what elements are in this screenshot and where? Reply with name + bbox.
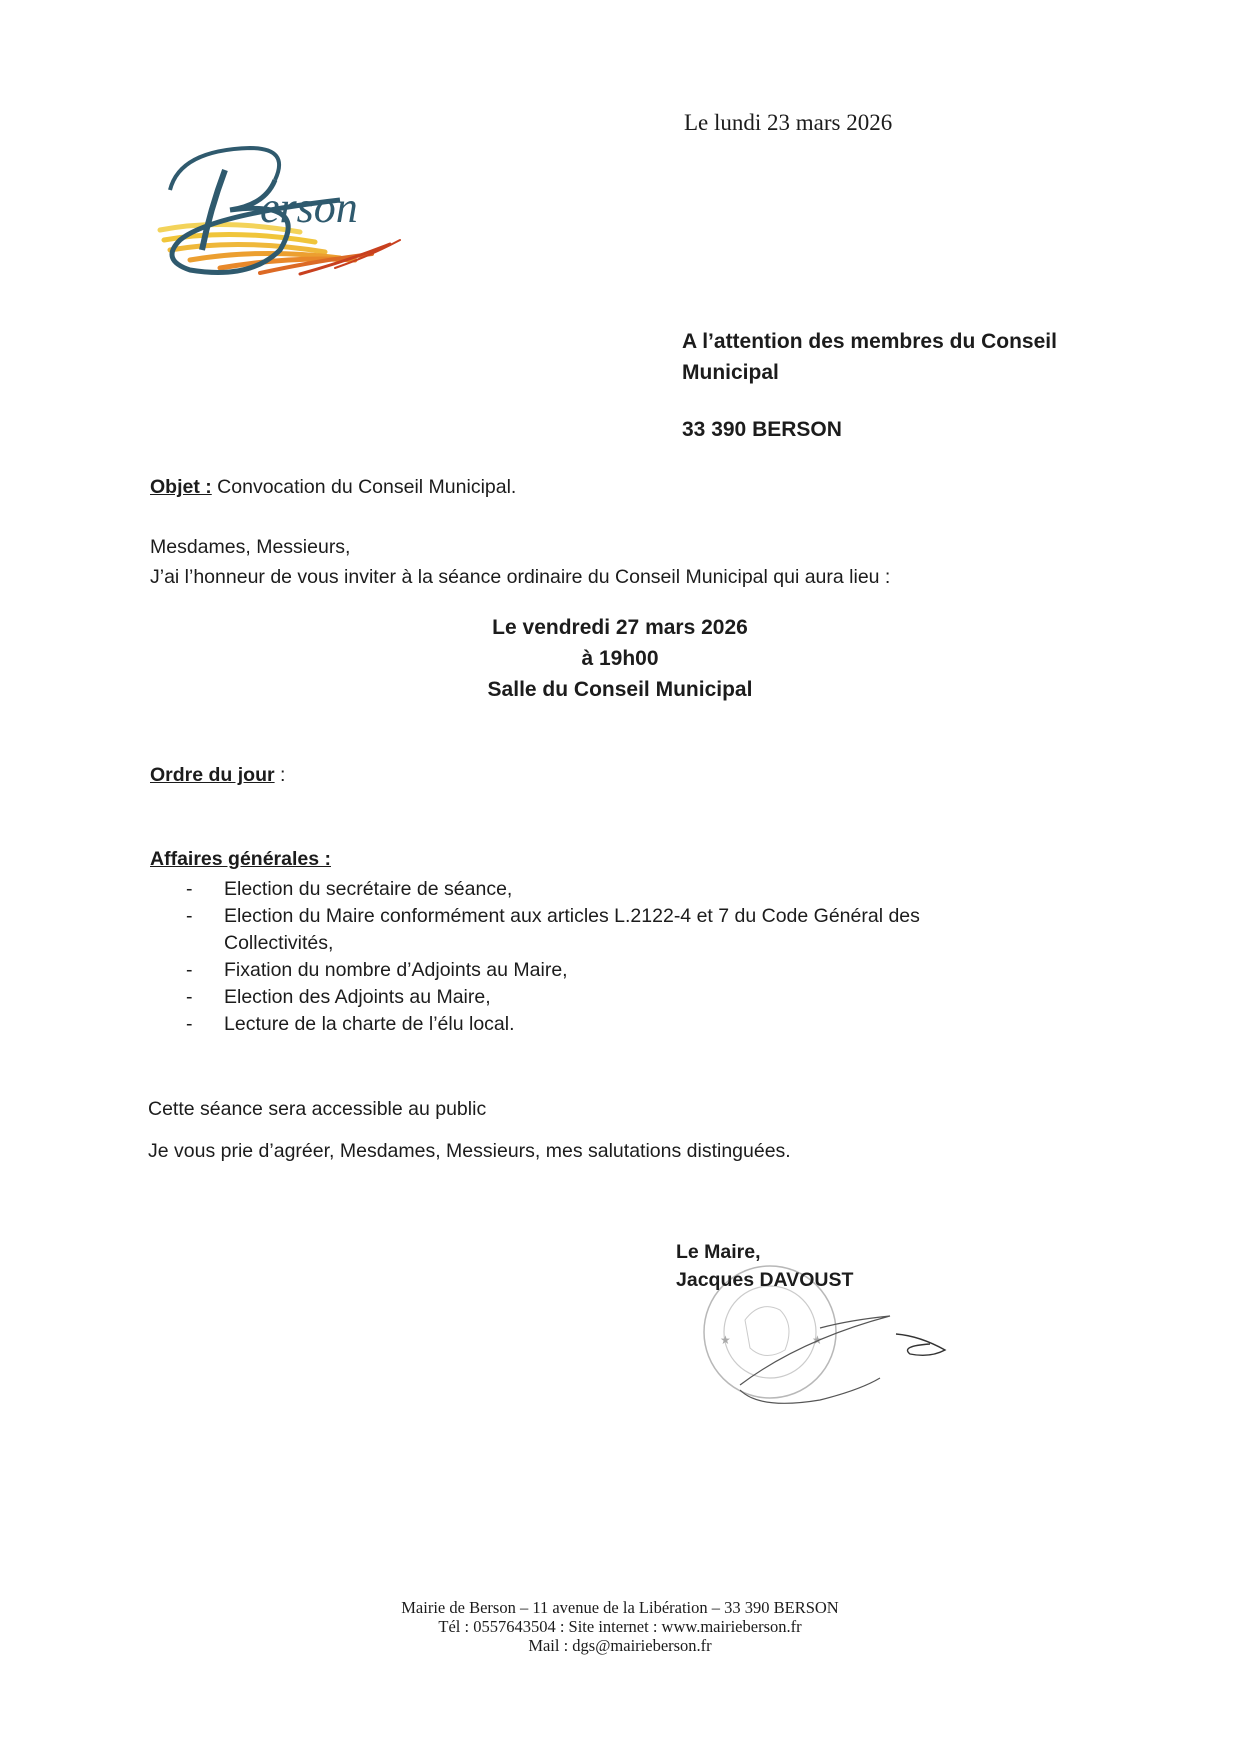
bullet-dash: - [186,1011,193,1038]
agenda-title-suffix: : [275,764,286,786]
letter-date: Le lundi 23 mars 2026 [684,110,892,136]
greeting: Mesdames, Messieurs, [150,532,890,562]
public-note: Cette séance sera accessible au public [148,1098,486,1121]
berson-logo-icon: erson [150,140,410,290]
berson-logo: erson [150,140,410,290]
signature-block: Le Maire, Jacques DAVOUST [676,1238,853,1294]
recipient-postcode: 33 390 BERSON [682,418,842,442]
letter-footer: Mairie de Berson – 11 avenue de la Libér… [0,1598,1240,1655]
agenda-section-heading: Affaires générales : [150,848,331,871]
letter-intro: Mesdames, Messieurs, J’ai l’honneur de v… [150,532,890,592]
meeting-time: à 19h00 [0,643,1240,674]
subject-text: Convocation du Conseil Municipal. [217,476,516,498]
recipient-line: A l’attention des membres du Conseil Mun… [682,330,1057,384]
bullet-dash: - [186,903,193,930]
agenda-item: -Election des Adjoints au Maire, [150,984,1010,1011]
svg-text:erson: erson [260,183,358,232]
footer-address: Mairie de Berson – 11 avenue de la Libér… [0,1598,1240,1617]
agenda-list: -Election du secrétaire de séance, -Elec… [150,876,1010,1038]
agenda-title: Ordre du jour [150,764,275,786]
meeting-date: Le vendredi 27 mars 2026 [0,612,1240,643]
svg-text:★: ★ [812,1333,823,1347]
subject-line: Objet : Convocation du Conseil Municipal… [150,476,516,499]
agenda-section-title: Affaires générales : [150,848,331,870]
footer-contact: Tél : 0557643504 : Site internet : www.m… [0,1617,1240,1636]
signatory-name: Jacques DAVOUST [676,1266,853,1294]
signatory-title: Le Maire, [676,1238,853,1266]
meeting-place: Salle du Conseil Municipal [0,674,1240,705]
recipient-block: A l’attention des membres du Conseil Mun… [682,326,1102,388]
subject-label: Objet : [150,476,212,498]
bullet-dash: - [186,957,193,984]
agenda-item: -Election du Maire conformément aux arti… [150,903,1010,957]
agenda-item: -Lecture de la charte de l’élu local. [150,1011,1010,1038]
closing-salutation: Je vous prie d’agréer, Mesdames, Messieu… [148,1140,791,1163]
footer-email: Mail : dgs@mairieberson.fr [0,1636,1240,1655]
agenda-heading: Ordre du jour : [150,764,285,787]
agenda-item: -Fixation du nombre d’Adjoints au Maire, [150,957,1010,984]
agenda-item: -Election du secrétaire de séance, [150,876,1010,903]
bullet-dash: - [186,876,193,903]
bullet-dash: - [186,984,193,1011]
meeting-details: Le vendredi 27 mars 2026 à 19h00 Salle d… [0,612,1240,705]
intro-text: J’ai l’honneur de vous inviter à la séan… [150,562,890,592]
svg-text:★: ★ [720,1333,731,1347]
